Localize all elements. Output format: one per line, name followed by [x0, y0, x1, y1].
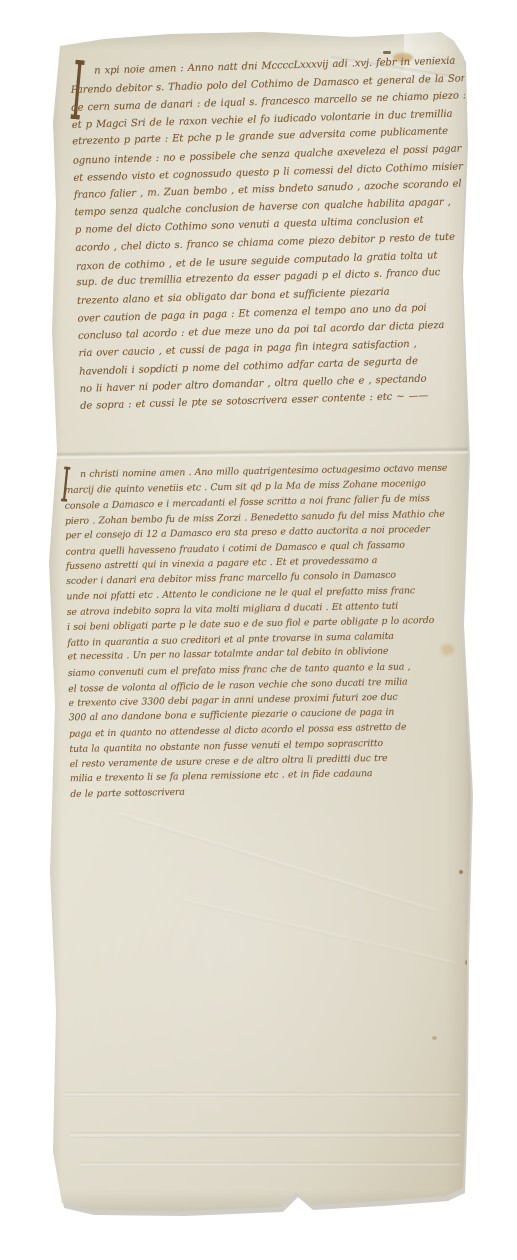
wrinkle-crease [117, 812, 434, 912]
manuscript-entry-1: n xpi noie amen : Anno natt dni MccccLxx… [70, 52, 476, 415]
wrinkle-crease [183, 899, 457, 966]
horizontal-fold-crease [46, 446, 472, 459]
ink-speck [432, 1036, 437, 1040]
manuscript-entry-2: n christi nomine amen . Ano millo quatri… [64, 460, 468, 802]
ink-speck [47, 1078, 50, 1081]
horizontal-fold-crease [80, 1162, 460, 1167]
ink-speck [45, 866, 49, 871]
photo-background: I n xpi noie amen : Anno natt dni MccccL… [0, 0, 517, 1260]
horizontal-fold-crease [64, 1092, 460, 1097]
horizontal-fold-crease [70, 1132, 460, 1138]
parchment-sheet: I n xpi noie amen : Anno natt dni MccccL… [0, 0, 517, 1260]
left-edge-shading [46, 0, 62, 1260]
ink-speck [459, 870, 463, 874]
